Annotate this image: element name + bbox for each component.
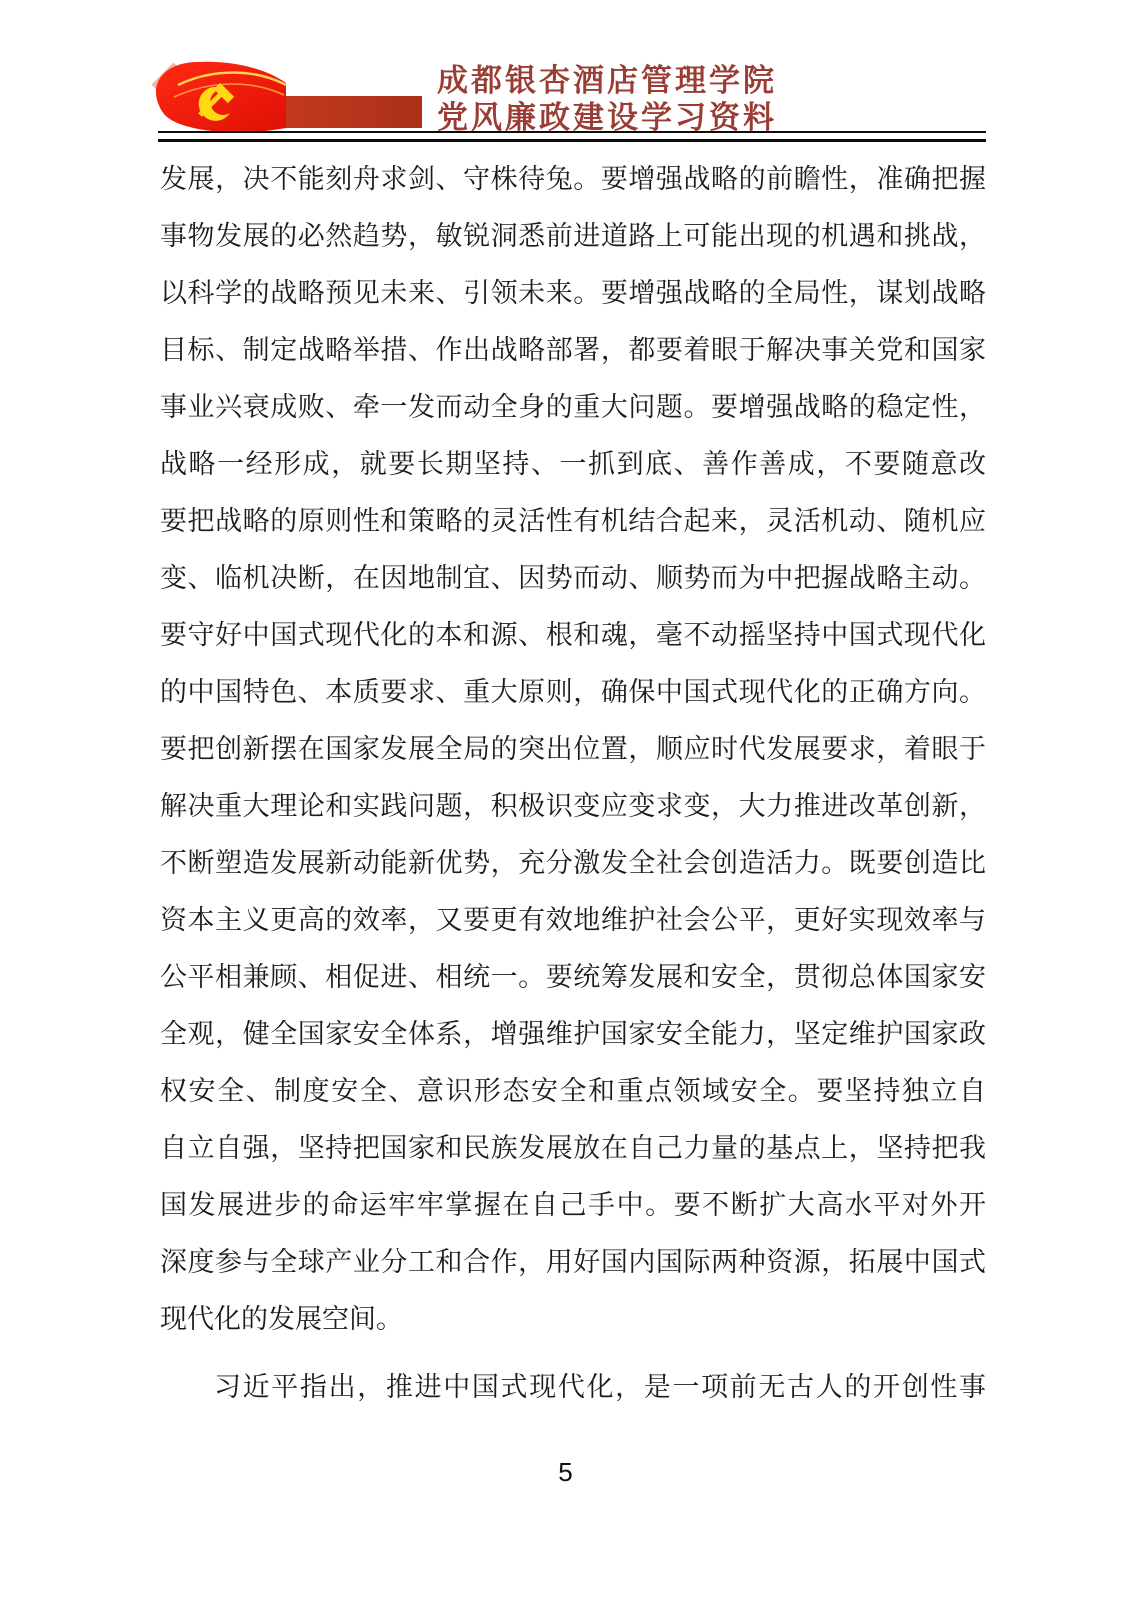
text-line: 目标、制定战略举措、作出战略部署，都要着眼于解决事关党和国家 [160,322,986,379]
page-number: 5 [558,1457,572,1487]
banner-bar [276,96,422,128]
document-body: 发展，决不能刻舟求剑、守株待兔。要增强战略的前瞻性，准确把握事物发展的必然趋势，… [160,151,986,1416]
text-line: 公平相兼顾、相促进、相统一。要统筹发展和安全，贯彻总体国家安 [160,949,986,1006]
text-line: 发展，决不能刻舟求剑、守株待兔。要增强战略的前瞻性，准确把握 [160,151,986,208]
page-header: 成都银杏酒店管理学院 党风廉政建设学习资料 [0,0,1131,150]
header-divider [158,131,986,142]
text-line: 的中国特色、本质要求、重大原则，确保中国式现代化的正确方向。 [160,664,986,721]
text-line: 以科学的战略预见未来、引领未来。要增强战略的全局性，谋划战略 [160,265,986,322]
text-line: 自立自强，坚持把国家和民族发展放在自己力量的基点上，坚持把我 [160,1120,986,1177]
text-line: 变、临机决断，在因地制宜、因势而动、顺势而为中把握战略主动。 [160,550,986,607]
text-line: 深度参与全球产业分工和合作，用好国内国际两种资源，拓展中国式 [160,1234,986,1291]
text-line: 战略一经形成，就要长期坚持、一抓到底、善作善成，不要随意改变。 [160,436,986,493]
text-line: 事业兴衰成败、牵一发而动全身的重大问题。要增强战略的稳定性， [160,379,986,436]
text-line: 国发展进步的命运牢牢掌握在自己手中。要不断扩大高水平对外开放， [160,1177,986,1234]
document-page: 成都银杏酒店管理学院 党风廉政建设学习资料 发展，决不能刻舟求剑、守株待兔。要增… [0,0,1131,1600]
text-line: 要把战略的原则性和策略的灵活性有机结合起来，灵活机动、随机应 [160,493,986,550]
paragraph-continued: 发展，决不能刻舟求剑、守株待兔。要增强战略的前瞻性，准确把握事物发展的必然趋势，… [160,151,986,1348]
text-line: 不断塑造发展新动能新优势，充分激发全社会创造活力。既要创造比 [160,835,986,892]
text-line: 解决重大理论和实践问题，积极识变应变求变，大力推进改革创新， [160,778,986,835]
text-line: 权安全、制度安全、意识形态安全和重点领域安全。要坚持独立自主、 [160,1063,986,1120]
header-titles: 成都银杏酒店管理学院 党风廉政建设学习资料 [437,62,857,136]
party-flag-icon [150,57,422,133]
text-line: 现代化的发展空间。 [160,1291,986,1348]
text-line: 资本主义更高的效率，又要更有效地维护社会公平，更好实现效率与 [160,892,986,949]
party-flag-logo [150,57,422,133]
text-line: 事物发展的必然趋势，敏锐洞悉前进道路上可能出现的机遇和挑战， [160,208,986,265]
text-line: 习近平指出，推进中国式现代化，是一项前无古人的开创性事业， [160,1359,986,1416]
paragraph-new: 习近平指出，推进中国式现代化，是一项前无古人的开创性事业， [160,1359,986,1416]
page-footer: 5 [0,1452,1131,1492]
text-line: 全观，健全国家安全体系，增强维护国家安全能力，坚定维护国家政 [160,1006,986,1063]
org-title: 成都银杏酒店管理学院 [437,62,857,99]
text-line: 要把创新摆在国家发展全局的突出位置，顺应时代发展要求，着眼于 [160,721,986,778]
text-line: 要守好中国式现代化的本和源、根和魂，毫不动摇坚持中国式现代化 [160,607,986,664]
